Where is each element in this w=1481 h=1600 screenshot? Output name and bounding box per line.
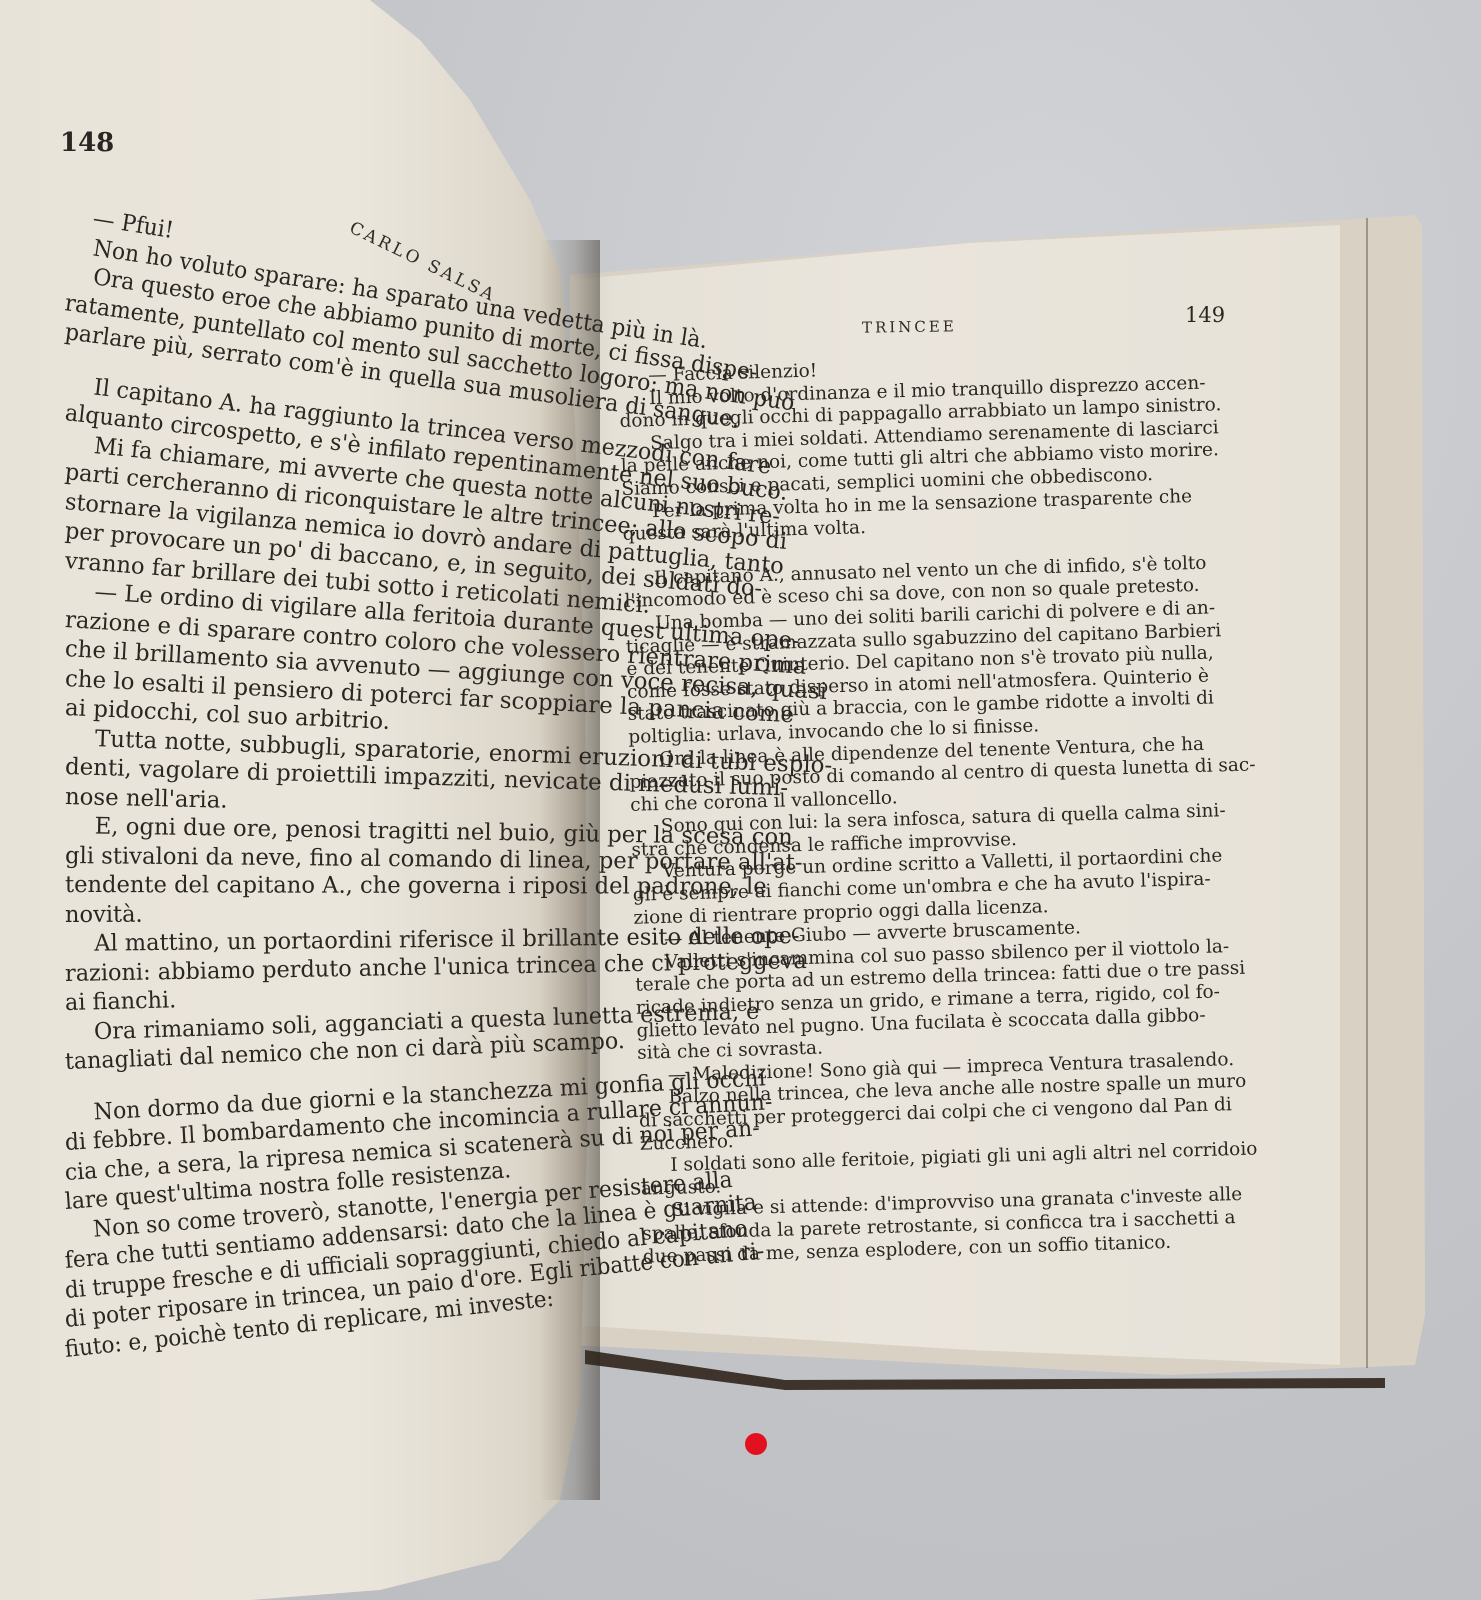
text-line: tendente del capitano A., che governa i … bbox=[65, 871, 576, 902]
left-page-text: — Pfui!Non ho voluto sparare: ha sparato… bbox=[65, 200, 585, 1365]
right-running-head: TRINCEE bbox=[862, 317, 957, 336]
book-photo: 148 CARLO SALSA — Pfui!Non ho voluto spa… bbox=[0, 0, 1481, 1600]
right-page-text: — Faccia silenzio!Il mio volto d'ordinan… bbox=[618, 348, 1273, 1268]
red-bookmark-tab bbox=[745, 1433, 767, 1455]
left-page-number: 148 bbox=[60, 128, 114, 158]
page-edge-line bbox=[1366, 218, 1368, 1368]
right-page-number: 149 bbox=[1185, 303, 1225, 327]
